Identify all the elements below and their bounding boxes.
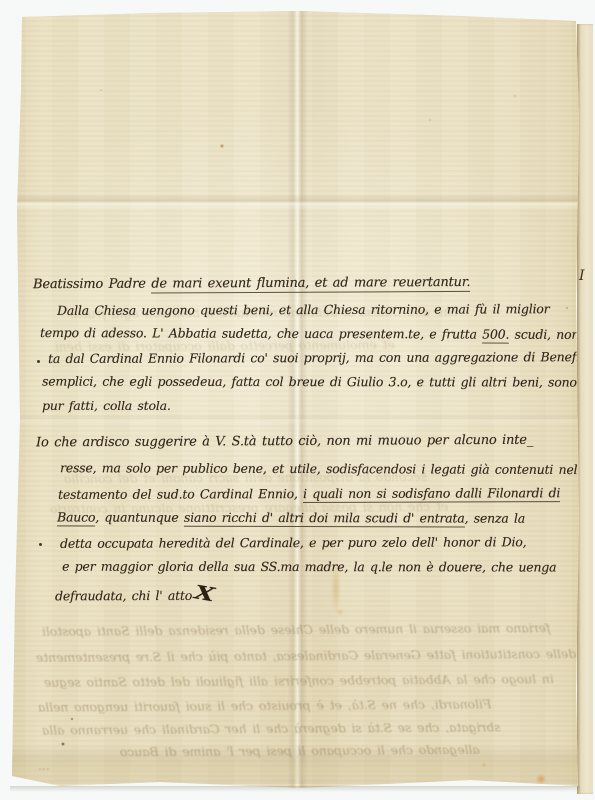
- bleed-through-line: sbrigata, che se S.tà si degnerà che li …: [42, 719, 501, 737]
- letter-line-5: semplici, che egli possedeua, fatta col …: [42, 374, 577, 390]
- letter-line-3: tempo di adesso. L' Abbatia sudetta, che…: [40, 325, 595, 342]
- margin-ink-dot: [39, 543, 42, 546]
- adjacent-page-strip: I: [577, 24, 593, 794]
- letter-line-2: Dalla Chiesa uengono questi beni, et all…: [57, 301, 549, 318]
- underlined-clause: i quali non si sodisfano dalli Filonardi…: [303, 485, 560, 503]
- underlined-placename: Bauco: [57, 509, 95, 526]
- line-3-text: tempo di adesso. L' Abbatia sudetta, che…: [40, 325, 482, 342]
- line-10-end: , senza la: [464, 510, 525, 525]
- margin-ink-dot: [37, 360, 40, 363]
- letter-line-4: ta dal Cardinal Ennio Filonardi co' suoi…: [48, 349, 592, 366]
- bleed-through-line: ...: [38, 758, 50, 773]
- letter-line-13: defraudata, chi l' attoX: [55, 583, 212, 606]
- letter-line-7: Io che ardisco suggerire à V. S.tà tutto…: [36, 433, 533, 451]
- letter-line-6: pur fatti, colla stola.: [42, 398, 171, 413]
- line-10-text: , quantunque: [95, 509, 184, 524]
- letter-line-1: Beatissimo Padre de mari exeunt flumina,…: [33, 275, 470, 292]
- scan-background: { "paper": { "color": "#ebe2c4", "ink_co…: [0, 0, 595, 800]
- letter-line-11: detta occupata heredità del Cardinale, e…: [60, 534, 526, 551]
- letter-line-8: resse, ma solo per publico bene, et util…: [60, 460, 577, 477]
- letter-paper-sheet: che alla Chiesa si debbano restituire li…: [0, 0, 595, 800]
- paper-edge-shadow: [10, 786, 580, 792]
- letter-line-12: e per maggior gloria della sua SS.ma mad…: [62, 559, 556, 575]
- salutation-text: Beatissimo Padre: [33, 277, 151, 293]
- adjacent-page-text-fragment: I: [579, 268, 585, 284]
- letter-line-9: testamento del sud.to Cardinal Ennio, i …: [58, 485, 560, 502]
- line-9-text: testamento del sud.to Cardinal Ennio,: [58, 486, 303, 502]
- underlined-amount: 500.: [482, 326, 509, 343]
- closing-text: defraudata, chi l' atto: [55, 588, 192, 603]
- bleed-through-line: allegando che li occupano li pesi per l'…: [120, 742, 480, 760]
- letter-line-10: Bauco, quantunque siano ricchi d' altri …: [57, 509, 525, 525]
- bleed-through-line: Filonardi, che ne S.tà, et è prouisto ch…: [38, 696, 492, 714]
- underlined-income-clause: siano ricchi d' altri doi mila scudi d' …: [184, 510, 465, 528]
- closing-flourish-mark: X: [193, 581, 216, 606]
- underlined-latin-motto: de mari exeunt flumina, et ad mare reuer…: [151, 275, 470, 294]
